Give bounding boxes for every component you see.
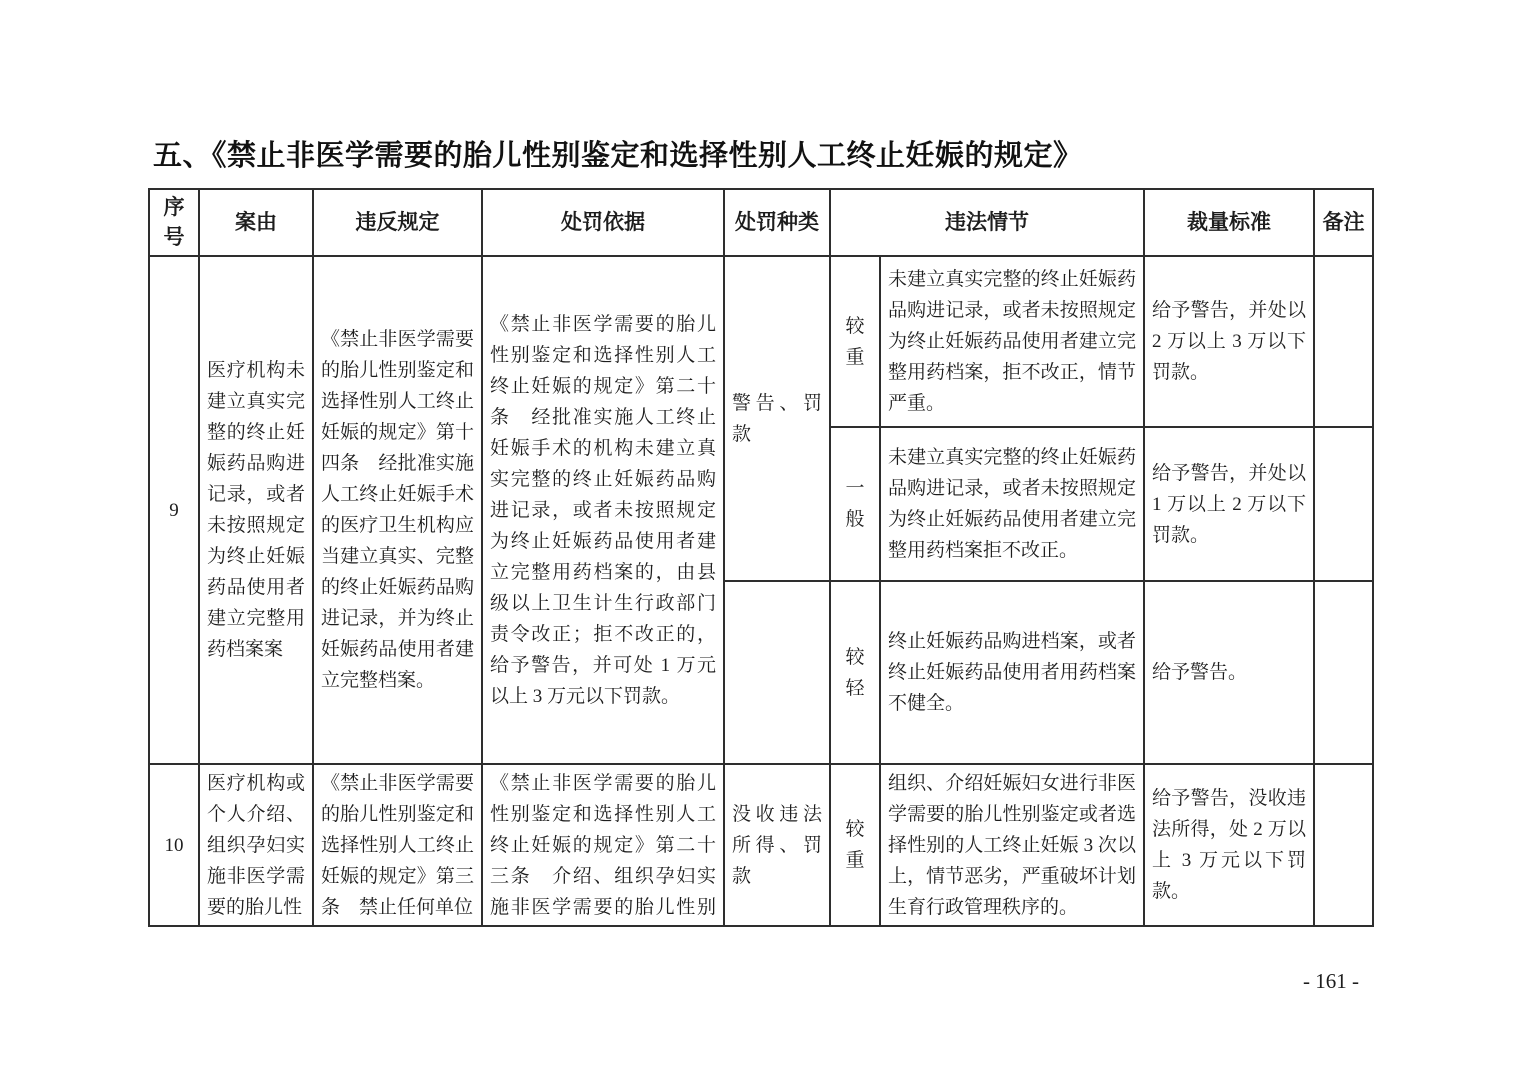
page-title: 五、《禁止非医学需要的胎儿性别鉴定和选择性别人工终止妊娠的规定》 — [153, 133, 1083, 174]
header-standard: 裁量标准 — [1144, 189, 1314, 256]
cell-serial-10: 10 — [149, 764, 199, 926]
clipped-text: 医疗机构或个人介绍、组织孕妇实施非医学需要的胎儿性 — [207, 768, 305, 923]
cell-circumstance: 未建立真实完整的终止妊娠药品购进记录，或者未按照规定为终止妊娠药品使用者建立完整… — [880, 427, 1144, 581]
page-number: - 161 - — [1303, 969, 1359, 994]
cell-basis-9: 《禁止非医学需要的胎儿性别鉴定和选择性别人工终止妊娠的规定》第二十条 经批准实施… — [482, 256, 724, 764]
cell-remarks — [1314, 581, 1373, 764]
clipped-text: 《禁止非医学需要的胎儿性别鉴定和选择性别人工终止妊娠的规定》第三条 禁止任何单位 — [321, 768, 474, 923]
header-violation: 违反规定 — [313, 189, 482, 256]
table-header-row: 序号 案由 违反规定 处罚依据 处罚种类 违法情节 裁量标准 备注 — [149, 189, 1373, 256]
cell-circumstance: 组织、介绍妊娠妇女进行非医学需要的胎儿性别鉴定或者选择性别的人工终止妊娠 3 次… — [880, 764, 1144, 926]
cell-standard: 给予警告，并处以 1 万以上 2 万以下罚款。 — [1144, 427, 1314, 581]
cell-severity-level: 较重 — [830, 256, 880, 427]
header-case: 案由 — [199, 189, 313, 256]
cell-severity-level: 一般 — [830, 427, 880, 581]
cell-remarks — [1314, 256, 1373, 427]
cell-basis-10: 《禁止非医学需要的胎儿性别鉴定和选择性别人工终止妊娠的规定》第二十三条 介绍、组… — [482, 764, 724, 926]
cell-remarks — [1314, 427, 1373, 581]
table-row: 10 医疗机构或个人介绍、组织孕妇实施非医学需要的胎儿性 《禁止非医学需要的胎儿… — [149, 764, 1373, 926]
cell-penalty-type-9-upper: 警告、罚款 — [724, 256, 830, 581]
cell-remarks — [1314, 764, 1373, 926]
cell-violation-9: 《禁止非医学需要的胎儿性别鉴定和选择性别人工终止妊娠的规定》第十四条 经批准实施… — [313, 256, 482, 764]
cell-penalty-type-9-lower — [724, 581, 830, 764]
clipped-text: 《禁止非医学需要的胎儿性别鉴定和选择性别人工终止妊娠的规定》第二十三条 介绍、组… — [490, 768, 716, 923]
cell-case-10: 医疗机构或个人介绍、组织孕妇实施非医学需要的胎儿性 — [199, 764, 313, 926]
header-circumstance: 违法情节 — [830, 189, 1144, 256]
cell-severity-level: 较重 — [830, 764, 880, 926]
cell-case-9: 医疗机构未建立真实完整的终止妊娠药品购进记录，或者未按照规定为终止妊娠药品使用者… — [199, 256, 313, 764]
cell-severity-level: 较轻 — [830, 581, 880, 764]
cell-circumstance: 终止妊娠药品购进档案，或者终止妊娠药品使用者用药档案不健全。 — [880, 581, 1144, 764]
table-row: 9 医疗机构未建立真实完整的终止妊娠药品购进记录，或者未按照规定为终止妊娠药品使… — [149, 256, 1373, 427]
cell-standard: 给予警告，没收违法所得，处 2 万以上 3 万元以下罚款。 — [1144, 764, 1314, 926]
header-penalty-type: 处罚种类 — [724, 189, 830, 256]
header-basis: 处罚依据 — [482, 189, 724, 256]
cell-penalty-type-10: 没收违法所得、罚款 — [724, 764, 830, 926]
document-page: 五、《禁止非医学需要的胎儿性别鉴定和选择性别人工终止妊娠的规定》 序号 案由 违… — [0, 0, 1520, 1074]
penalty-table: 序号 案由 违反规定 处罚依据 处罚种类 违法情节 裁量标准 备注 9 医疗机构… — [148, 188, 1374, 927]
header-serial: 序号 — [149, 189, 199, 256]
cell-serial-9: 9 — [149, 256, 199, 764]
cell-violation-10: 《禁止非医学需要的胎儿性别鉴定和选择性别人工终止妊娠的规定》第三条 禁止任何单位 — [313, 764, 482, 926]
cell-standard: 给予警告。 — [1144, 581, 1314, 764]
cell-circumstance: 未建立真实完整的终止妊娠药品购进记录，或者未按照规定为终止妊娠药品使用者建立完整… — [880, 256, 1144, 427]
cell-standard: 给予警告，并处以 2 万以上 3 万以下罚款。 — [1144, 256, 1314, 427]
header-remarks: 备注 — [1314, 189, 1373, 256]
